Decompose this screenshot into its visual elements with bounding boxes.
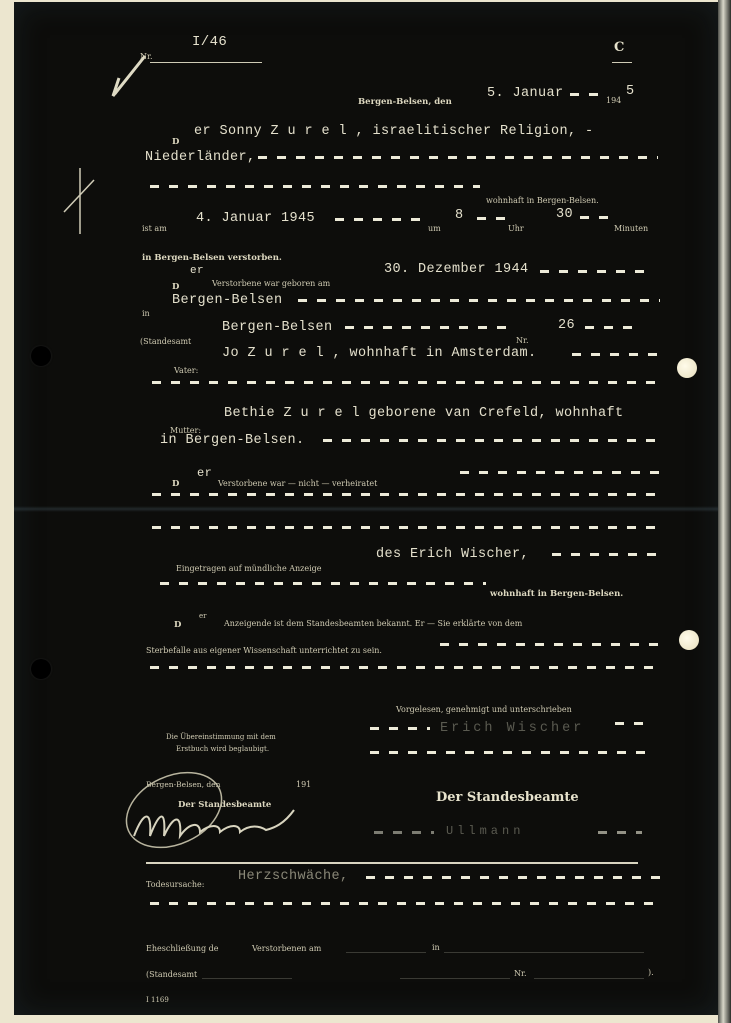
mother-line2: in Bergen-Belsen.	[160, 433, 305, 448]
hour-label: Uhr	[508, 224, 524, 233]
registry-label: (Standesamt	[140, 337, 191, 346]
marriage-label: Eheschließung de	[146, 944, 218, 953]
register-number: I/46	[192, 34, 227, 50]
death-date: 4. Januar 1945	[196, 211, 315, 226]
entered-label: Eingetragen auf mündliche Anzeige	[176, 564, 322, 573]
registrar-title: Der Standesbeamte	[436, 790, 579, 805]
marriage-close: ).	[648, 968, 654, 977]
known-label: Anzeigende ist dem Standesbeamten bekann…	[224, 619, 522, 628]
marital-label: Verstorbene war — nicht — verheiratet	[218, 479, 377, 488]
punch-hole-icon	[677, 358, 697, 378]
knowledge-label: Sterbefalle aus eigener Wissenschaft unt…	[146, 646, 382, 655]
pencil-cross-icon	[58, 160, 98, 240]
registry-nr-label: Nr.	[516, 336, 529, 345]
father: Jo Z u r e l , wohnhaft in Amsterdam.	[222, 346, 537, 361]
marriage-nr-label: Nr.	[514, 969, 527, 978]
informant-signature: Erich Wischer	[440, 721, 584, 736]
registry-nr: 26	[558, 318, 575, 333]
death-minutes: 30	[556, 207, 573, 222]
issue-year-digit: 5	[626, 84, 635, 99]
marriage-registry-label: (Standesamt	[146, 970, 197, 979]
fold-crease	[14, 506, 718, 512]
form-footer: I 1169	[146, 996, 169, 1004]
known-gender-suffix: er	[199, 612, 207, 620]
deceased-name-line: er Sonny Z u r e l , israelitischer Reli…	[194, 124, 594, 139]
born-gender-suffix: er	[190, 265, 204, 277]
born-prefix: D	[172, 282, 179, 292]
residence-label: wohnhaft in Bergen-Belsen.	[486, 196, 599, 205]
born-label: Verstorbene war geboren am	[212, 279, 330, 288]
form-code: C	[614, 40, 624, 55]
punch-hole-icon	[31, 346, 51, 366]
official-signature-icon	[104, 770, 314, 850]
death-on-label: ist am	[142, 224, 167, 233]
father-label: Vater:	[174, 366, 198, 375]
registry-office: Bergen-Belsen	[222, 320, 333, 335]
birth-place: Bergen-Belsen	[172, 293, 283, 308]
known-prefix: D	[174, 620, 181, 630]
birth-in-label: in	[142, 309, 150, 318]
informant-residence-label: wohnhaft in Bergen-Belsen.	[490, 589, 623, 599]
marriage-deceased-label: Verstorbenen am	[252, 944, 321, 953]
nationality: Niederländer,	[145, 150, 256, 165]
marital-prefix: D	[172, 479, 179, 489]
mother-line1: Bethie Z u r e l geborene van Crefeld, w…	[224, 406, 624, 421]
punch-hole-icon	[679, 630, 699, 650]
cause-label: Todesursache:	[146, 880, 204, 889]
punch-hole-icon	[31, 659, 51, 679]
marriage-in-label: in	[432, 943, 440, 952]
minutes-label: Minuten	[614, 224, 648, 233]
birth-date: 30. Dezember 1944	[384, 262, 529, 277]
informant: des Erich Wischer,	[376, 547, 529, 562]
page-edge	[718, 0, 731, 1023]
issue-date: 5. Januar	[487, 86, 564, 101]
read-approved-label: Vorgelesen, genehmigt und unterschrieben	[396, 705, 572, 714]
place-date-label: Bergen-Belsen, den	[358, 97, 452, 107]
registrar-name: Ullmann	[446, 824, 524, 838]
time-at-label: um	[428, 224, 441, 233]
marital-gender-suffix: er	[197, 466, 212, 480]
certification-line2: Erstbuch wird beglaubigt.	[176, 745, 269, 753]
deceased-prefix: D	[172, 137, 179, 147]
death-place-line: in Bergen-Belsen verstorben.	[142, 253, 282, 263]
certification-line1: Die Übereinstimmung mit dem	[166, 733, 276, 741]
section-divider	[146, 862, 638, 864]
death-hour: 8	[455, 208, 464, 223]
issue-year-prefix: 194	[606, 96, 621, 105]
cause-of-death: Herzschwäche,	[238, 869, 349, 884]
register-number-label: Nr.	[140, 52, 153, 61]
